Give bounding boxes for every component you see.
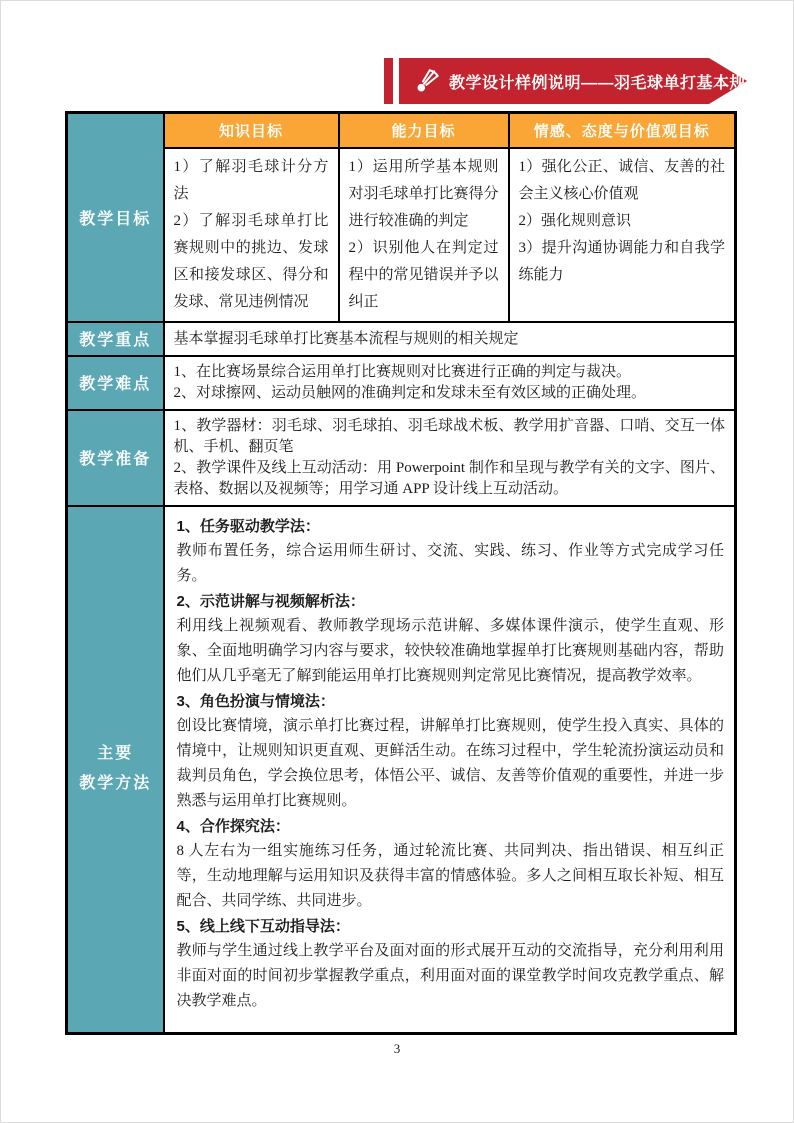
goal-item: 2）强化规则意识 — [519, 208, 726, 235]
preparation-item: 2、教学课件及线上互动活动：用 Powerpoint 制作和呈现与教学有关的文字… — [174, 458, 726, 500]
goal-item: 2）识别他人在判定过程中的常见错误并予以纠正 — [349, 235, 499, 316]
teaching-design-table: 教学目标 知识目标 能力目标 情感、态度与价值观目标 1）了解羽毛球计分方法 2… — [65, 111, 737, 1035]
column-header-ability-goals: 能力目标 — [339, 113, 509, 148]
difficulty-item: 1、在比赛场景综合运用单打比赛规则对比赛进行正确的判定与裁决。 — [174, 362, 726, 383]
cell-ability-goals: 1）运用所学基本规则对羽毛球单打比赛得分进行较准确的判定 2）识别他人在判定过程… — [339, 148, 509, 322]
methods-label-line: 教学方法 — [69, 769, 162, 799]
difficulty-row: 教学难点 1、在比赛场景综合运用单打比赛规则对比赛进行正确的判定与裁决。 2、对… — [67, 356, 736, 410]
method-body: 教师布置任务，综合运用师生研讨、交流、实践、练习、作业等方式完成学习任务。 — [177, 539, 725, 589]
document-page: 教学设计样例说明——羽毛球单打基本规则 教学目标 知识目标 能力目标 情感、态度… — [0, 0, 794, 1123]
goal-item: 1）强化公正、诚信、友善的社会主义核心价值观 — [519, 154, 726, 208]
cell-knowledge-goals: 1）了解羽毛球计分方法 2）了解羽毛球单打比赛规则中的挑边、发球区和接发球区、得… — [164, 148, 339, 322]
goal-item: 1）运用所学基本规则对羽毛球单打比赛得分进行较准确的判定 — [349, 154, 499, 235]
row-label-main-teaching-methods: 主要 教学方法 — [67, 506, 164, 1034]
column-header-values-goals: 情感、态度与价值观目标 — [509, 113, 736, 148]
cell-teaching-preparation: 1、教学器材：羽毛球、羽毛球拍、羽毛球战术板、教学用扩音器、口哨、交互一体机、手… — [164, 410, 736, 506]
goal-item: 3）提升沟通协调能力和自我学练能力 — [519, 235, 726, 289]
difficulty-item: 2、对球擦网、运动员触网的准确判定和发球未至有效区域的正确处理。 — [174, 383, 726, 404]
row-label-teaching-preparation: 教学准备 — [67, 410, 164, 506]
banner-title: 教学设计样例说明——羽毛球单打基本规则 — [449, 70, 763, 93]
method-body: 8 人左右为一组实施练习任务，通过轮流比赛、共同判决、指出错误、相互纠正等，生动… — [177, 839, 725, 914]
shuttlecock-icon — [414, 68, 441, 95]
row-label-teaching-difficulty: 教学难点 — [67, 356, 164, 410]
cell-values-goals: 1）强化公正、诚信、友善的社会主义核心价值观 2）强化规则意识 3）提升沟通协调… — [509, 148, 736, 322]
goal-content-row: 1）了解羽毛球计分方法 2）了解羽毛球单打比赛规则中的挑边、发球区和接发球区、得… — [67, 148, 736, 322]
cell-teaching-focus: 基本掌握羽毛球单打比赛基本流程与规则的相关规定 — [164, 322, 736, 356]
method-body: 利用线上视频观看、教师教学现场示范讲解、多媒体课件演示，使学生直观、形象、全面地… — [177, 614, 725, 689]
row-label-teaching-focus: 教学重点 — [67, 322, 164, 356]
preparation-item: 1、教学器材：羽毛球、羽毛球拍、羽毛球战术板、教学用扩音器、口哨、交互一体机、手… — [174, 416, 726, 458]
banner-arrow: 教学设计样例说明——羽毛球单打基本规则 — [399, 58, 747, 104]
goal-item: 1）了解羽毛球计分方法 — [174, 154, 329, 208]
column-header-knowledge-goals: 知识目标 — [164, 113, 339, 148]
methods-label-line: 主要 — [69, 739, 162, 769]
goal-item: 2）了解羽毛球单打比赛规则中的挑边、发球区和接发球区、得分和发球、常见违例情况 — [174, 208, 329, 316]
preparation-row: 教学准备 1、教学器材：羽毛球、羽毛球拍、羽毛球战术板、教学用扩音器、口哨、交互… — [67, 410, 736, 506]
header-banner: 教学设计样例说明——羽毛球单打基本规则 — [384, 58, 747, 104]
page-number: 3 — [1, 1041, 793, 1057]
method-heading: 3、角色扮演与情境法： — [177, 689, 725, 714]
goal-header-row: 教学目标 知识目标 能力目标 情感、态度与价值观目标 — [67, 113, 736, 148]
row-label-teaching-goals: 教学目标 — [67, 113, 164, 322]
cell-teaching-methods: 1、任务驱动教学法： 教师布置任务，综合运用师生研讨、交流、实践、练习、作业等方… — [164, 506, 736, 1034]
methods-row: 主要 教学方法 1、任务驱动教学法： 教师布置任务，综合运用师生研讨、交流、实践… — [67, 506, 736, 1034]
method-heading: 2、示范讲解与视频解析法： — [177, 589, 725, 614]
focus-item: 基本掌握羽毛球单打比赛基本流程与规则的相关规定 — [174, 328, 726, 350]
method-heading: 1、任务驱动教学法： — [177, 514, 725, 539]
method-heading: 5、线上线下互动指导法： — [177, 914, 725, 939]
cell-teaching-difficulty: 1、在比赛场景综合运用单打比赛规则对比赛进行正确的判定与裁决。 2、对球擦网、运… — [164, 356, 736, 410]
method-body: 教师与学生通过线上教学平台及面对面的形式展开互动的交流指导，充分利用利用非面对面… — [177, 939, 725, 1014]
banner-left-bar — [384, 58, 393, 104]
focus-row: 教学重点 基本掌握羽毛球单打比赛基本流程与规则的相关规定 — [67, 322, 736, 356]
method-heading: 4、合作探究法： — [177, 814, 725, 839]
method-body: 创设比赛情境，演示单打比赛过程，讲解单打比赛规则，使学生投入真实、具体的情境中，… — [177, 714, 725, 814]
